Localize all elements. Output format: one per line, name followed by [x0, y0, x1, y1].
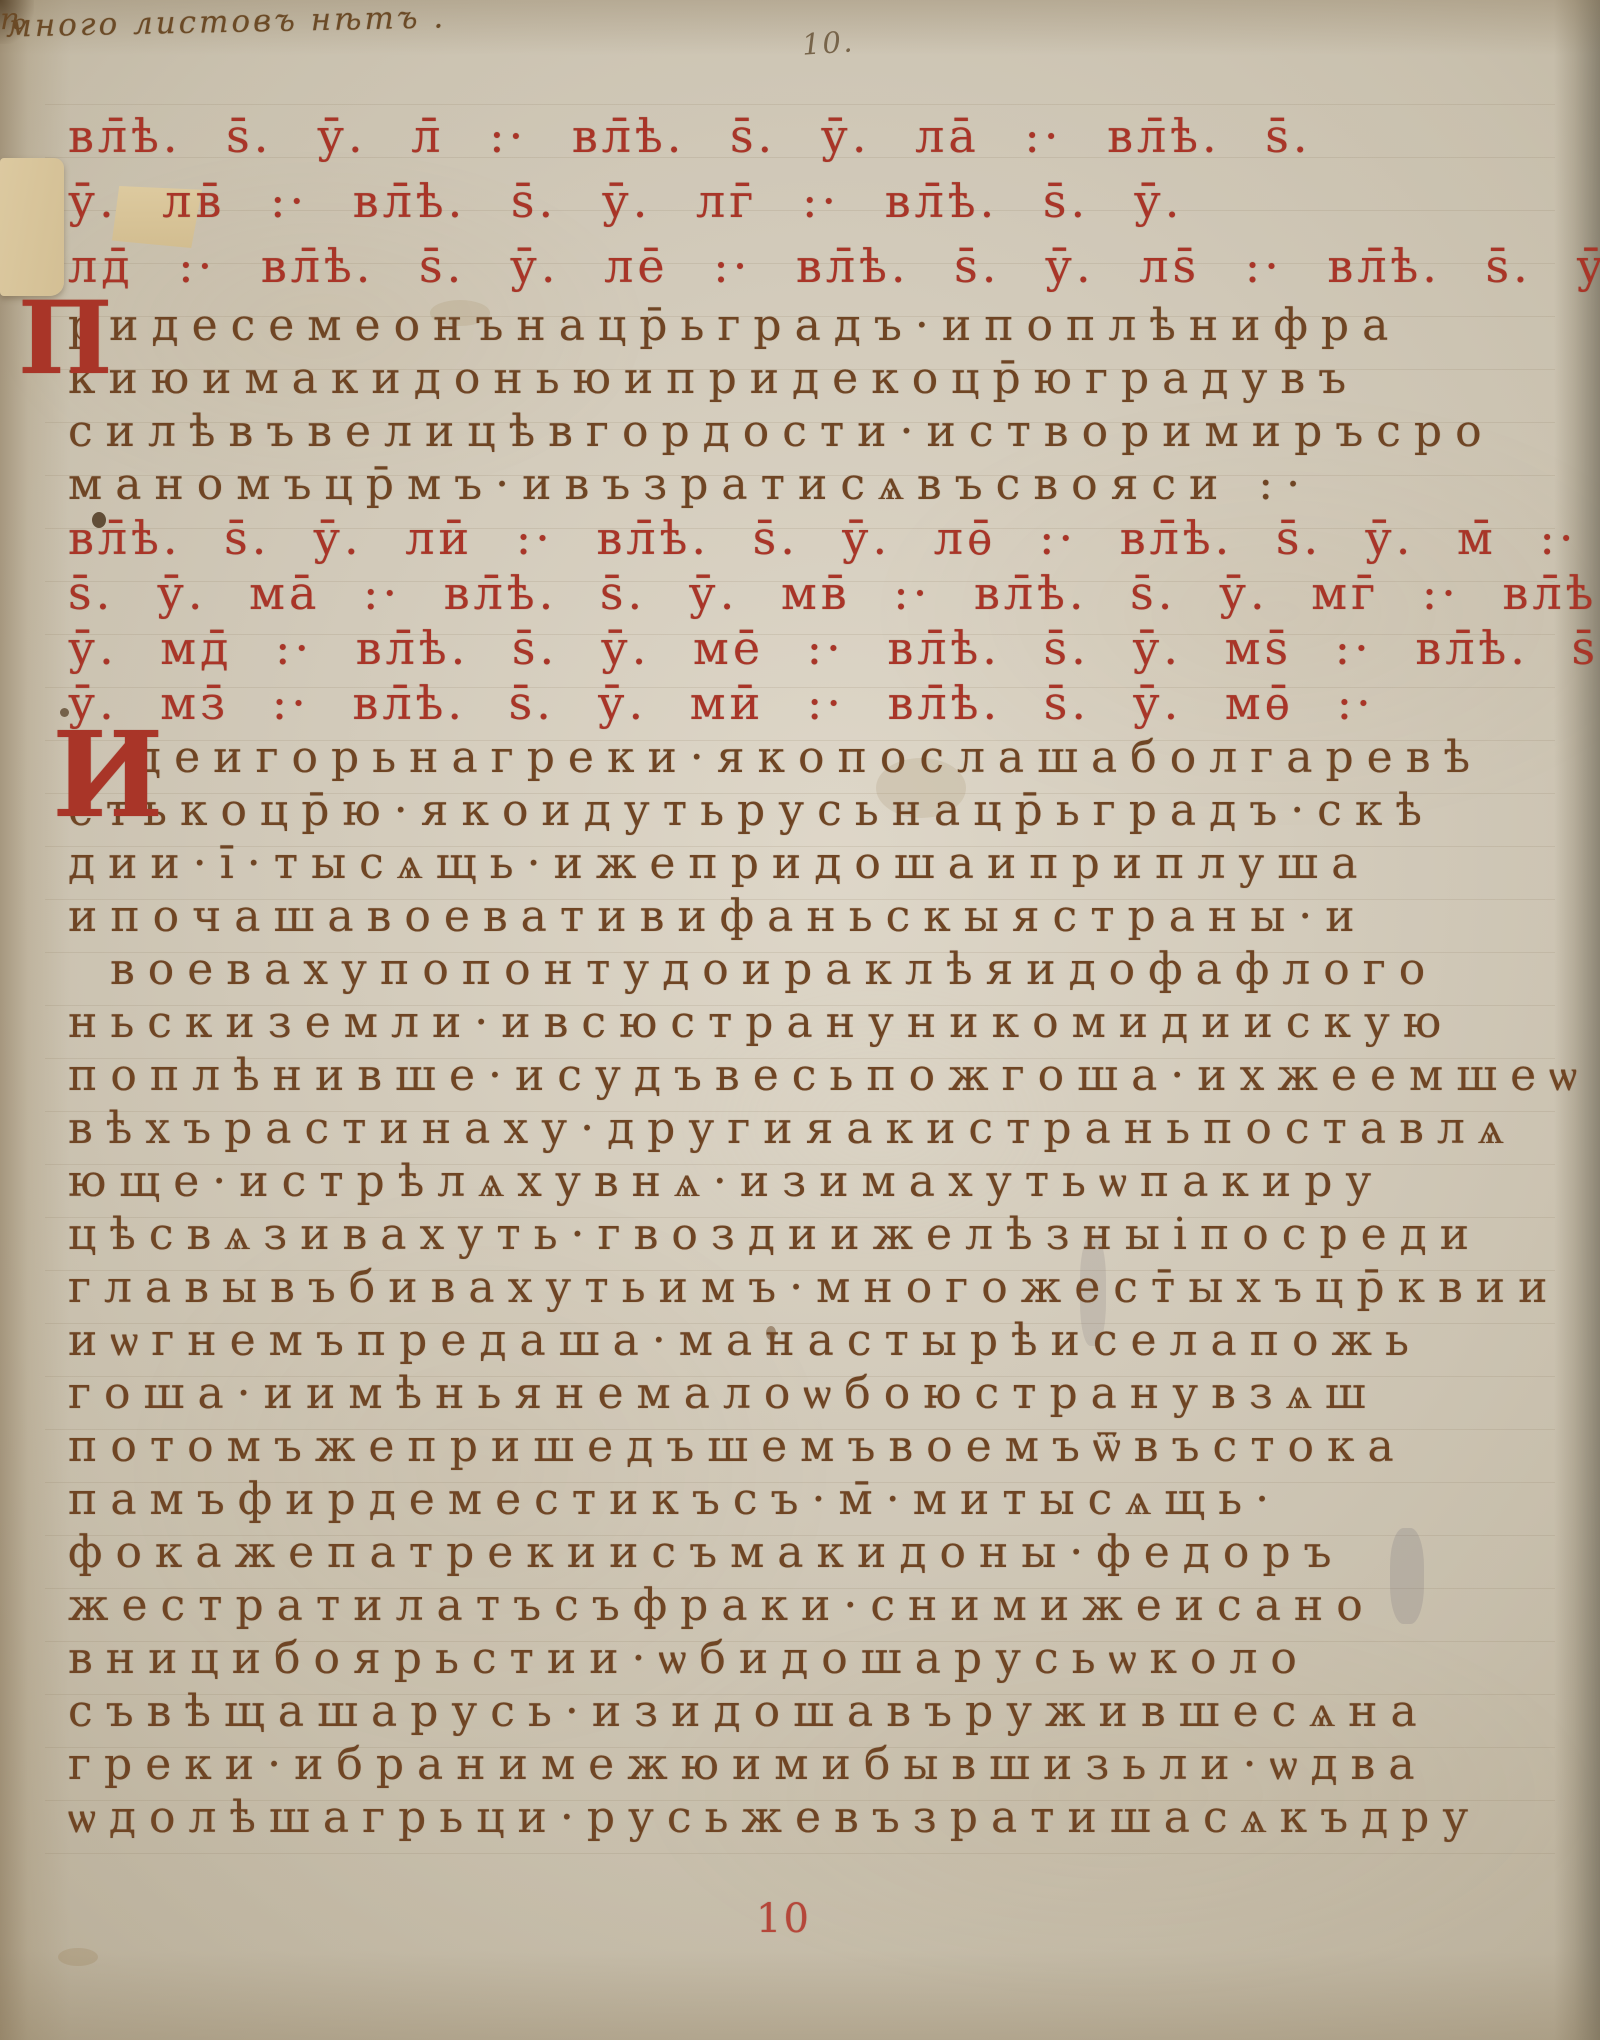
text-column: вл̄ѣ. ѕ̄. ӯ. л̄ :· вл̄ѣ. ѕ̄. ӯ. ла̄ :· в…	[68, 104, 1573, 1844]
year-entry-line: лд̄ :· вл̄ѣ. ѕ̄. ӯ. ле̄ :· вл̄ѣ. ѕ̄. ӯ. …	[68, 234, 1573, 299]
chronicle-text-line: иѡгнемъпредаша·манастырѣиселапожь	[68, 1314, 1573, 1367]
chronicle-text-line: воевахупопонтудоираклѣяидофафлого	[68, 943, 1573, 996]
chronicle-text-line: ридесемеонънацр̄ьградъ·ипоплѣнифра	[68, 299, 1573, 352]
smudge-stain	[58, 1948, 98, 1966]
chronicle-text-line: фокажепатрекиисъмакидоны·федоръ	[68, 1526, 1573, 1579]
page-edge-bottom	[0, 1950, 1600, 2040]
chronicle-text-line: силѣвъвелицѣвгордости·истворимиръсро	[68, 405, 1573, 458]
year-entry-line: ӯ. мд̄ :· вл̄ѣ. ѕ̄. ӯ. ме̄ :· вл̄ѣ. ѕ̄. …	[68, 621, 1573, 676]
manuscript-page: ѣ много листовъ нѣтъ . 10. 10 вл̄ѣ. ѕ̄. …	[0, 0, 1600, 2040]
chronicle-text-line: цѣсвѧзивахуть·гвоздиижелѣзныіпосреди	[68, 1208, 1573, 1261]
year-entry-line: вл̄ѣ. ѕ̄. ӯ. лӣ :· вл̄ѣ. ѕ̄. ӯ. лѳ̄ :· в…	[68, 511, 1573, 566]
chronicle-text-line: памъфирдеместикъсъ·м̄·митысѧщь·	[68, 1473, 1573, 1526]
year-entry-line: ӯ. мз̄ :· вл̄ѣ. ѕ̄. ӯ. мӣ :· вл̄ѣ. ѕ̄. ӯ…	[68, 676, 1573, 731]
chronicle-text-line: вѣхърастинаху·другияакистраньпоставлѧ	[68, 1102, 1573, 1155]
chronicle-text-line: съвѣщашарусь·изидошавъружившесѧна	[68, 1685, 1573, 1738]
chronicle-text-line: гоша·иимѣньянемалоѡбоюстранувзѧш	[68, 1367, 1573, 1420]
folio-number-top: 10.	[801, 24, 855, 62]
chronicle-text-line: вницибоярьстии·ѡбидошарусьѡколо	[68, 1632, 1573, 1685]
chronicle-text-line: потомъжепришедъшемъвоемъѿвъстока	[68, 1420, 1573, 1473]
chronicle-text-line: маномъцр̄мъ·ивъзратисѧвъсвояси :·	[68, 458, 1573, 511]
chronicle-text-line: стькоцр̄ю·якоидутьрусьнацр̄ьградъ·скѣ	[68, 784, 1573, 837]
chronicle-text-line: ипочашавоевативифаньскыястраны·и	[68, 890, 1573, 943]
illuminated-initial: И	[52, 716, 164, 834]
illuminated-initial: П	[18, 288, 112, 388]
year-entry-line: ѕ̄. ӯ. ма̄ :· вл̄ѣ. ѕ̄. ӯ. мв̄ :· вл̄ѣ. …	[68, 566, 1573, 621]
chronicle-text-line: деигорьнагреки·якопослашаболгаревѣ	[68, 731, 1573, 784]
year-entry-line: вл̄ѣ. ѕ̄. ӯ. л̄ :· вл̄ѣ. ѕ̄. ӯ. ла̄ :· в…	[68, 104, 1573, 169]
chronicle-text-line: греки·ибранимежюимибывшизьли·ѡдва	[68, 1738, 1573, 1791]
chronicle-text-line: поплѣнивше·исудъвесьпожгоша·ихжеемшеѡ	[68, 1049, 1573, 1102]
chronicle-text-line: главывъбивахутьимъ·многожест̄ыхъцр̄квии	[68, 1261, 1573, 1314]
repair-patch	[0, 158, 64, 296]
year-entry-line: ӯ. лв̄ :· вл̄ѣ. ѕ̄. ӯ. лг̄ :· вл̄ѣ. ѕ̄. …	[68, 169, 1573, 234]
chronicle-text-line: ньскиземли·ивсюстрануникомидиискую	[68, 996, 1573, 1049]
folio-number-bottom: 10	[756, 1896, 811, 1942]
chronicle-text-line: дии·і̄·тысѧщь·ижепридошаиприплуша	[68, 837, 1573, 890]
chronicle-text-line: киюимакидоньюипридекоцр̄юградувъ	[68, 352, 1573, 405]
chronicle-text-line: ѡдолѣшагрьци·русьжевъзратишасѧкъдру	[68, 1791, 1573, 1844]
chronicle-text-line: жестратилатъсъфраки·снимижеисано	[68, 1579, 1573, 1632]
chronicle-text-line: юще·истрѣлѧхувнѧ·изимахутьѡпакиру	[68, 1155, 1573, 1208]
